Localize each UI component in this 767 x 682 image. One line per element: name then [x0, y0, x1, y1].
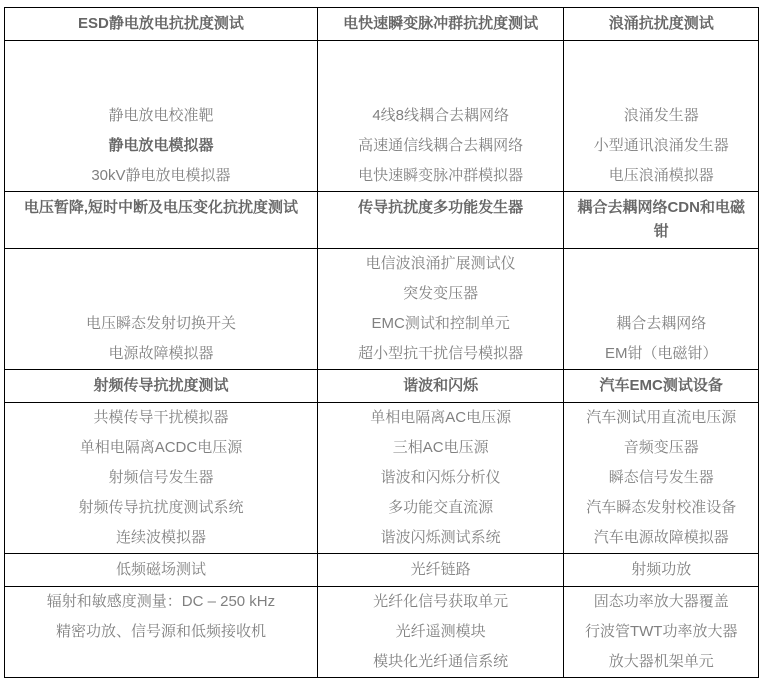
- category-header-cell: 电快速瞬变脉冲群抗扰度测试: [318, 8, 565, 41]
- category-header-cell: 汽车EMC测试设备: [564, 370, 759, 403]
- product-list-cell: 辐射和敏感度测量：DC – 250 kHz 精密功放、信号源和低频接收机: [5, 587, 318, 678]
- product-list-row: 静电放电校准靶 静电放电模拟器 30kV静电放电模拟器 4线8线耦合去耦网络 高…: [5, 41, 759, 192]
- empty-line: [568, 71, 754, 101]
- category-header-row: 射频传导抗扰度测试 谐波和闪烁 汽车EMC测试设备: [5, 370, 759, 403]
- category-header-cell: 浪涌抗扰度测试: [564, 8, 759, 41]
- product-item: 谐波和闪烁分析仪: [322, 463, 560, 493]
- product-item: 高速通信线耦合去耦网络: [322, 131, 560, 161]
- product-item: 电信波浪涌扩展测试仪: [322, 249, 560, 279]
- product-item: 汽车测试用直流电压源: [568, 403, 754, 433]
- product-item: 电压浪涌模拟器: [568, 161, 754, 191]
- category-header-cell: 电压暂降,短时中断及电压变化抗扰度测试: [5, 192, 318, 249]
- category-title: 电压暂降,短时中断及电压变化抗扰度测试: [11, 196, 311, 220]
- product-list-cell: 共模传导干扰模拟器 单相电隔离ACDC电压源 射频信号发生器 射频传导抗扰度测试…: [5, 403, 318, 554]
- product-item: 小型通讯浪涌发生器: [568, 131, 754, 161]
- category-title: 谐波和闪烁: [324, 374, 558, 398]
- product-item: 电压瞬态发射切换开关: [9, 309, 313, 339]
- category-title: 低频磁场测试: [11, 558, 311, 582]
- product-item: 音频变压器: [568, 433, 754, 463]
- empty-line: [568, 41, 754, 71]
- product-list-cell: 浪涌发生器 小型通讯浪涌发生器 电压浪涌模拟器: [564, 41, 759, 192]
- category-title: 耦合去耦网络CDN和电磁钳: [570, 196, 752, 244]
- category-header-cell: 低频磁场测试: [5, 554, 318, 587]
- category-header-row: ESD静电放电抗扰度测试 电快速瞬变脉冲群抗扰度测试 浪涌抗扰度测试: [5, 8, 759, 41]
- category-title: 射频传导抗扰度测试: [11, 374, 311, 398]
- category-header-row: 低频磁场测试 光纤链路 射频功放: [5, 554, 759, 587]
- product-item: 电源故障模拟器: [9, 339, 313, 369]
- product-item: 瞬态信号发生器: [568, 463, 754, 493]
- product-list-row: 电压瞬态发射切换开关 电源故障模拟器 电信波浪涌扩展测试仪 突发变压器 EMC测…: [5, 249, 759, 370]
- category-header-cell: 射频功放: [564, 554, 759, 587]
- product-item: 光纤遥测模块: [322, 617, 560, 647]
- product-item: 多功能交直流源: [322, 493, 560, 523]
- product-item: EMC测试和控制单元: [322, 309, 560, 339]
- product-item: 4线8线耦合去耦网络: [322, 101, 560, 131]
- product-list-row: 共模传导干扰模拟器 单相电隔离ACDC电压源 射频信号发生器 射频传导抗扰度测试…: [5, 403, 759, 554]
- product-list-cell: 固态功率放大器覆盖 行波管TWT功率放大器 放大器机架单元: [564, 587, 759, 678]
- product-item: 单相电隔离ACDC电压源: [9, 433, 313, 463]
- product-item: 共模传导干扰模拟器: [9, 403, 313, 433]
- empty-line: [568, 279, 754, 309]
- category-title: 浪涌抗扰度测试: [570, 12, 752, 36]
- product-list-cell: 耦合去耦网络 EM钳（电磁钳）: [564, 249, 759, 370]
- product-item: 静电放电模拟器: [9, 131, 313, 161]
- product-item: 固态功率放大器覆盖: [568, 587, 754, 617]
- product-item: 三相AC电压源: [322, 433, 560, 463]
- product-list-cell: 光纤化信号获取单元 光纤遥测模块 模块化光纤通信系统: [318, 587, 565, 678]
- product-item: 汽车瞬态发射校准设备: [568, 493, 754, 523]
- product-item: 浪涌发生器: [568, 101, 754, 131]
- product-list-row: 辐射和敏感度测量：DC – 250 kHz 精密功放、信号源和低频接收机 光纤化…: [5, 587, 759, 678]
- empty-line: [322, 71, 560, 101]
- category-title: 电快速瞬变脉冲群抗扰度测试: [324, 12, 558, 36]
- product-item: 静电放电校准靶: [9, 101, 313, 131]
- category-header-cell: 耦合去耦网络CDN和电磁钳: [564, 192, 759, 249]
- empty-line: [9, 41, 313, 71]
- product-item: 汽车电源故障模拟器: [568, 523, 754, 553]
- product-item: 射频传导抗扰度测试系统: [9, 493, 313, 523]
- category-title: 射频功放: [570, 558, 752, 582]
- category-header-cell: 传导抗扰度多功能发生器: [318, 192, 565, 249]
- empty-line: [322, 41, 560, 71]
- product-item: 放大器机架单元: [568, 647, 754, 677]
- category-title: 汽车EMC测试设备: [570, 374, 752, 398]
- product-item: 突发变压器: [322, 279, 560, 309]
- product-item: 连续波模拟器: [9, 523, 313, 553]
- product-list-cell: 汽车测试用直流电压源 音频变压器 瞬态信号发生器 汽车瞬态发射校准设备 汽车电源…: [564, 403, 759, 554]
- category-header-row: 电压暂降,短时中断及电压变化抗扰度测试 传导抗扰度多功能发生器 耦合去耦网络CD…: [5, 192, 759, 249]
- product-item: 精密功放、信号源和低频接收机: [9, 617, 313, 647]
- product-item: 30kV静电放电模拟器: [9, 161, 313, 191]
- product-item: 行波管TWT功率放大器: [568, 617, 754, 647]
- category-header-cell: 光纤链路: [318, 554, 565, 587]
- category-header-cell: 射频传导抗扰度测试: [5, 370, 318, 403]
- product-item: 光纤化信号获取单元: [322, 587, 560, 617]
- category-title: 光纤链路: [324, 558, 558, 582]
- product-item: 射频信号发生器: [9, 463, 313, 493]
- product-list-cell: 4线8线耦合去耦网络 高速通信线耦合去耦网络 电快速瞬变脉冲群模拟器: [318, 41, 565, 192]
- empty-line: [9, 279, 313, 309]
- product-item: EM钳（电磁钳）: [568, 339, 754, 369]
- category-header-cell: 谐波和闪烁: [318, 370, 565, 403]
- emc-product-category-table: ESD静电放电抗扰度测试 电快速瞬变脉冲群抗扰度测试 浪涌抗扰度测试 静电放电校…: [4, 7, 759, 678]
- product-item: 电快速瞬变脉冲群模拟器: [322, 161, 560, 191]
- product-list-cell: 电压瞬态发射切换开关 电源故障模拟器: [5, 249, 318, 370]
- product-list-cell: 单相电隔离AC电压源 三相AC电压源 谐波和闪烁分析仪 多功能交直流源 谐波闪烁…: [318, 403, 565, 554]
- category-title: 传导抗扰度多功能发生器: [324, 196, 558, 220]
- category-header-cell: ESD静电放电抗扰度测试: [5, 8, 318, 41]
- product-item: 单相电隔离AC电压源: [322, 403, 560, 433]
- product-list-cell: 电信波浪涌扩展测试仪 突发变压器 EMC测试和控制单元 超小型抗干扰信号模拟器: [318, 249, 565, 370]
- category-title: ESD静电放电抗扰度测试: [11, 12, 311, 36]
- product-item: 超小型抗干扰信号模拟器: [322, 339, 560, 369]
- empty-line: [9, 249, 313, 279]
- product-item: 辐射和敏感度测量：DC – 250 kHz: [9, 587, 313, 617]
- product-item: 模块化光纤通信系统: [322, 647, 560, 677]
- product-item: 耦合去耦网络: [568, 309, 754, 339]
- product-list-cell: 静电放电校准靶 静电放电模拟器 30kV静电放电模拟器: [5, 41, 318, 192]
- product-item: 谐波闪烁测试系统: [322, 523, 560, 553]
- empty-line: [568, 249, 754, 279]
- empty-line: [9, 71, 313, 101]
